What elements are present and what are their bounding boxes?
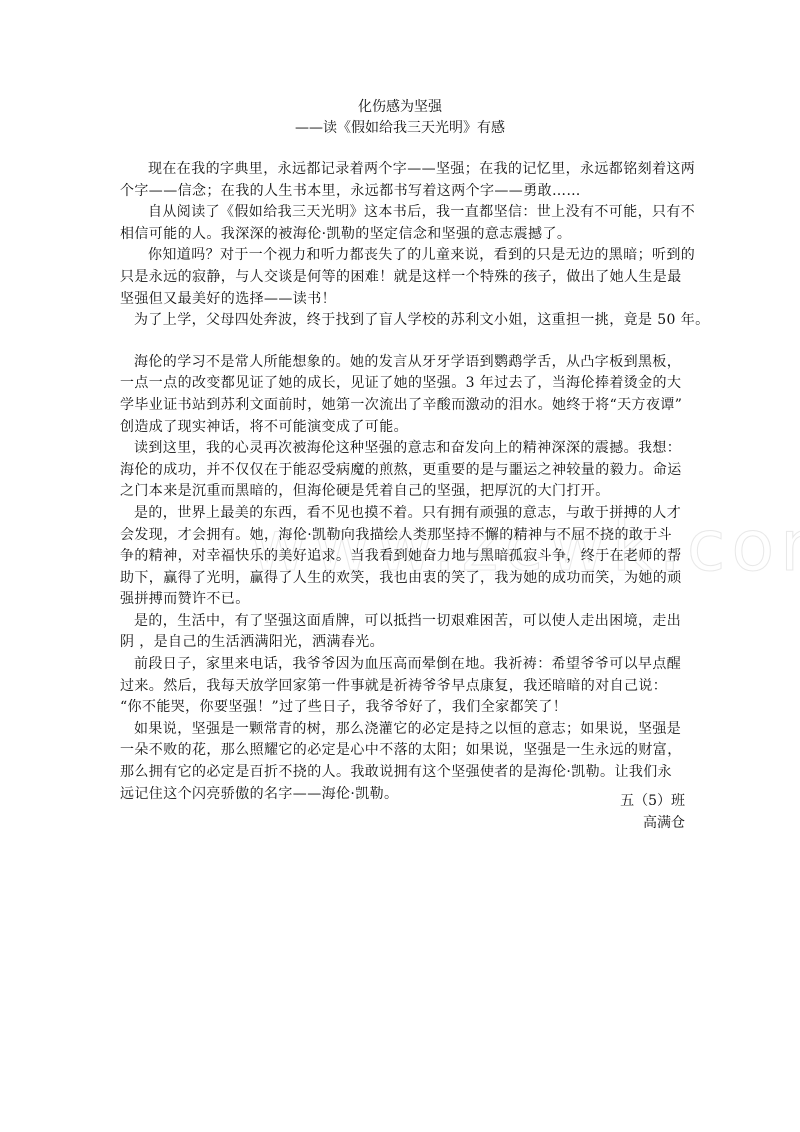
essay-body: 现在在我的字典里，永远都记录着两个字——坚强；在我的记忆里，永远都铭刻着这两个字… [120, 159, 686, 805]
paragraph-line: 过来。然后，我每天放学回家第一件事就是祈祷爷爷早点康复，我还暗暗的对自己说： [120, 676, 686, 698]
paragraph: 读到这里，我的心灵再次被海伦这种坚强的意志和奋发向上的精神深深的震撼。我想：海伦… [120, 438, 686, 503]
paragraph-line: 会发现，才会拥有。她，海伦·凯勒向我描绘人类那坚持不懈的精神与不屈不挠的敢于斗 [120, 525, 686, 547]
paragraph-line: 你知道吗？对于一个视力和听力都丧失了的儿童来说，看到的只是无边的黑暗；听到的 [120, 245, 686, 267]
paragraph: 海伦的学习不是常人所能想象的。她的发言从牙牙学语到鹦鹉学舌，从凸字板到黑板，一点… [120, 352, 686, 438]
essay-title: 化伤感为坚强 [0, 97, 800, 117]
paragraph: 是的，世界上最美的东西，看不见也摸不着。只有拥有顽强的意志，与敢于拼搏的人才会发… [120, 503, 686, 611]
paragraph-gap [120, 332, 686, 352]
paragraph: 你知道吗？对于一个视力和听力都丧失了的儿童来说，看到的只是无边的黑暗；听到的只是… [120, 245, 686, 310]
paragraph-line: 个字——信念；在我的人生书本里，永远都书写着这两个字——勇敢…… [120, 181, 686, 203]
document-page: www.zcwk.com.cn 化伤感为坚强 ——读《假如给我三天光明》有感 现… [0, 0, 800, 1132]
paragraph-line: 相信可能的人。我深深的被海伦·凯勒的坚定信念和坚强的意志震撼了。 [120, 224, 686, 246]
paragraph-line: 海伦的成功，并不仅仅在于能忍受病魔的煎熬，更重要的是与噩运之神较量的毅力。命运 [120, 460, 686, 482]
paragraph-line: 助下，赢得了光明，赢得了人生的欢笑，我也由衷的笑了，我为她的成功而笑，为她的顽 [120, 568, 686, 590]
paragraph-line: “你不能哭，你要坚强！”过了些日子，我爷爷好了，我们全家都笑了！ [120, 697, 686, 719]
paragraph-line: 远记住这个闪亮骄傲的名字——海伦·凯勒。 [120, 784, 686, 806]
paragraph-line: 学毕业证书站到苏利文面前时，她第一次流出了辛酸而激动的泪水。她终于将“天方夜谭” [120, 395, 686, 417]
signature-class: 五（5）班 [620, 790, 685, 812]
paragraph-line: 争的精神，对幸福快乐的美好追求。当我看到她奋力地与黑暗孤寂斗争，终于在老师的帮 [120, 546, 686, 568]
paragraph-line: 如果说，坚强是一颗常青的树，那么浇灌它的必定是持之以恒的意志；如果说，坚强是 [120, 719, 686, 741]
paragraph-line: 读到这里，我的心灵再次被海伦这种坚强的意志和奋发向上的精神深深的震撼。我想： [120, 438, 686, 460]
paragraph-line: 是的，生活中，有了坚强这面盾牌，可以抵挡一切艰难困苦，可以使人走出困境，走出 [120, 611, 686, 633]
paragraph-line: 是的，世界上最美的东西，看不见也摸不着。只有拥有顽强的意志，与敢于拼搏的人才 [120, 503, 686, 525]
paragraph-line: 自从阅读了《假如给我三天光明》这本书后，我一直都坚信：世上没有不可能，只有不 [120, 202, 686, 224]
paragraph-line: 现在在我的字典里，永远都记录着两个字——坚强；在我的记忆里，永远都铭刻着这两 [120, 159, 686, 181]
paragraph-line: 为了上学，父母四处奔波，终于找到了盲人学校的苏利文小姐，这重担一挑，竟是 50 … [120, 310, 686, 332]
paragraph-line: 一朵不败的花，那么照耀它的必定是心中不落的太阳；如果说，坚强是一生永远的财富， [120, 740, 686, 762]
essay-subtitle: ——读《假如给我三天光明》有感 [0, 118, 800, 138]
paragraph: 自从阅读了《假如给我三天光明》这本书后，我一直都坚信：世上没有不可能，只有不相信… [120, 202, 686, 245]
paragraph-line: 强拼搏而赞许不已。 [120, 589, 686, 611]
paragraph-line: 一点一点的改变都见证了她的成长，见证了她的坚强。3 年过去了，当海伦捧着烫金的大 [120, 373, 686, 395]
paragraph: 为了上学，父母四处奔波，终于找到了盲人学校的苏利文小姐，这重担一挑，竟是 50 … [120, 310, 686, 332]
paragraph-line: 前段日子，家里来电话，我爷爷因为血压高而晕倒在地。我祈祷：希望爷爷可以早点醒 [120, 654, 686, 676]
paragraph-line: 只是永远的寂静，与人交谈是何等的困难！就是这样一个特殊的孩子，做出了她人生是最 [120, 267, 686, 289]
paragraph-line: 之门本来是沉重而黑暗的，但海伦硬是凭着自己的坚强，把厚沉的大门打开。 [120, 481, 686, 503]
paragraph: 前段日子，家里来电话，我爷爷因为血压高而晕倒在地。我祈祷：希望爷爷可以早点醒过来… [120, 654, 686, 719]
paragraph: 现在在我的字典里，永远都记录着两个字——坚强；在我的记忆里，永远都铭刻着这两个字… [120, 159, 686, 202]
paragraph: 是的，生活中，有了坚强这面盾牌，可以抵挡一切艰难困苦，可以使人走出困境，走出阴 … [120, 611, 686, 654]
signature-author: 高满仓 [643, 812, 685, 834]
paragraph-line: 那么拥有它的必定是百折不挠的人。我敢说拥有这个坚强使者的是海伦·凯勒。让我们永 [120, 762, 686, 784]
paragraph-line: 阴 ，是自己的生活洒满阳光，洒满春光。 [120, 632, 686, 654]
paragraph: 如果说，坚强是一颗常青的树，那么浇灌它的必定是持之以恒的意志；如果说，坚强是一朵… [120, 719, 686, 805]
paragraph-line: 创造成了现实神话，将不可能演变成了可能。 [120, 417, 686, 439]
paragraph-line: 海伦的学习不是常人所能想象的。她的发言从牙牙学语到鹦鹉学舌，从凸字板到黑板， [120, 352, 686, 374]
paragraph-line: 坚强但又最美好的选择——读书！ [120, 289, 686, 311]
